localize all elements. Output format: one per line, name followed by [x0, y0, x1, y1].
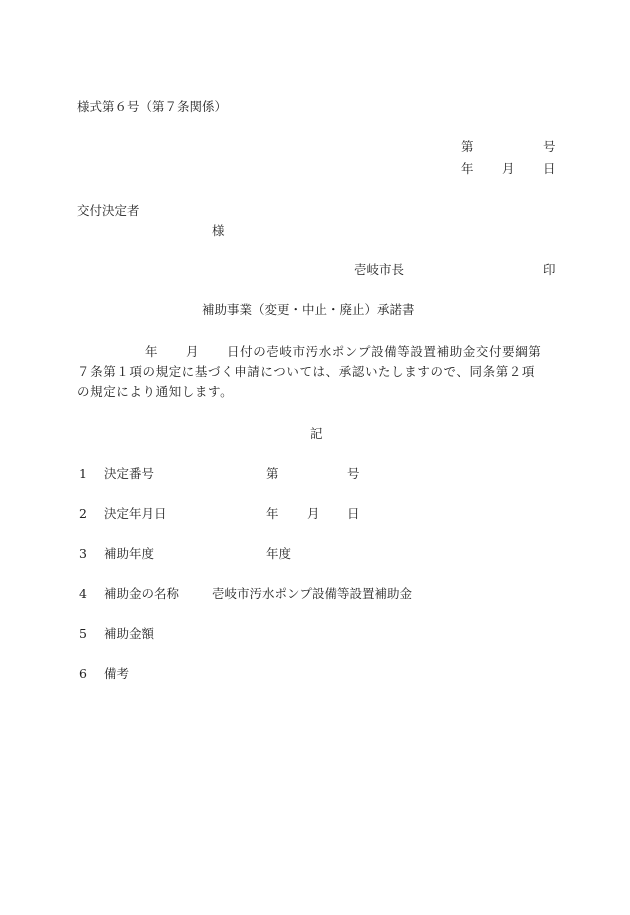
issuer-name: 壱岐市長	[354, 264, 404, 277]
item-value-month: 月	[307, 508, 320, 521]
doc-date-year: 年	[461, 163, 474, 176]
item-value-year: 年	[266, 508, 279, 521]
body-month: 月	[186, 346, 199, 359]
item-label-decision-date: 決定年月日	[104, 508, 167, 521]
document-page: 様式第６号（第７条関係） 第 号 年 月 日 交付決定者 様 壱岐市長 印 補助…	[0, 0, 630, 915]
item-value-fiscal-year: 年度	[266, 548, 291, 561]
item-number: 3	[79, 548, 87, 561]
item-label-remarks: 備考	[104, 668, 129, 681]
body-line-1-text: 日付の壱岐市汚水ポンプ設備等設置補助金交付要綱第	[227, 346, 541, 359]
item-label-decision-number: 決定番号	[104, 468, 154, 481]
item-number: 4	[79, 588, 87, 601]
item-value-day: 日	[347, 508, 360, 521]
ki-heading: 記	[310, 428, 323, 441]
body-paragraph-line-3: の規定により通知します。	[77, 386, 557, 399]
issuer-seal: 印	[543, 264, 556, 277]
item-number: 1	[79, 468, 87, 481]
document-title: 補助事業（変更・中止・廃止）承諾書	[202, 304, 415, 317]
recipient-honorific: 様	[212, 225, 225, 238]
doc-date-month: 月	[502, 163, 515, 176]
item-label-fiscal-year: 補助年度	[104, 548, 154, 561]
item-value-subsidy-name: 壱岐市汚水ポンプ設備等設置補助金	[212, 588, 412, 601]
item-label-subsidy-amount: 補助金額	[104, 628, 154, 641]
recipient-label: 交付決定者	[77, 205, 140, 218]
item-number: 5	[79, 628, 87, 641]
item-number: 6	[79, 668, 87, 681]
item-label-subsidy-name: 補助金の名称	[104, 588, 179, 601]
item-value-prefix: 第	[266, 468, 279, 481]
doc-number-prefix: 第	[461, 141, 474, 154]
item-value-suffix: 号	[347, 468, 360, 481]
doc-date-day: 日	[543, 163, 556, 176]
body-paragraph-line-2: ７条第１項の規定に基づく申請については、承認いたしますので、同条第２項	[77, 366, 557, 379]
body-year: 年	[145, 346, 158, 359]
doc-number-suffix: 号	[543, 141, 556, 154]
form-number: 様式第６号（第７条関係）	[77, 101, 227, 114]
item-number: 2	[79, 508, 87, 521]
